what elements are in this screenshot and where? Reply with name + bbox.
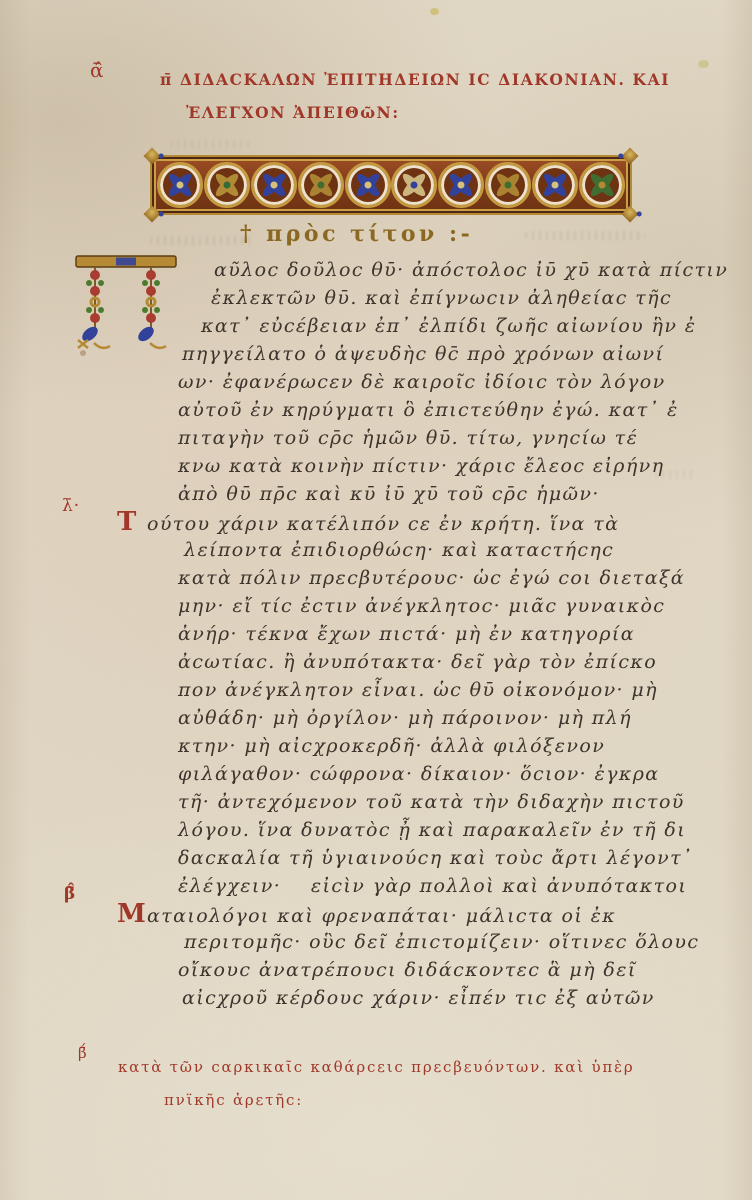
- medallion-center-dot: [270, 182, 277, 189]
- body-text-line: πηγγείλατο ὁ ἀψευδὴϲ θϲ̄ πρὸ χρόνων αἰων…: [152, 340, 668, 368]
- medallion-center-dot: [364, 182, 371, 189]
- line-text: κατ᾽ εὐϲέβειαν ἐπ᾽ ἐλπίδι ζωῆϲ αἰωνίου ἣ…: [201, 315, 696, 337]
- body-text-line: τῆ· ἀντεχόμενον τοῦ κατὰ τὴν διδαχὴν πιϲ…: [148, 788, 668, 816]
- line-text: αταιολόγοι καὶ φρεναπάται· μάλιϲτα οἱ ἐκ: [147, 905, 616, 927]
- margin-kephalaion-mark: β̄́: [78, 1046, 88, 1061]
- parchment-speck: [80, 350, 86, 356]
- margin-kephalaion-mark: β̄̂: [64, 886, 76, 903]
- line-text: λείποντα ἐπιδιορθώϲη· καὶ καταϲτήϲηϲ: [184, 539, 614, 561]
- ink-showthrough: [525, 231, 645, 240]
- line-text: οἴκουϲ ἀνατρέπουϲι διδάϲκοντεϲ ἃ μὴ δεῖ: [178, 959, 637, 981]
- headpiece-medallion: [345, 162, 391, 208]
- headpiece-medallion: [579, 162, 625, 208]
- body-text-line: φιλάγαθον· ϲώφρονα· δίκαιον· ὅϲιον· ἐγκρ…: [148, 760, 668, 788]
- kephalaion-heading-line: π̄ ΔΙΔΑϹΚΑΛΩΝ ἘΠΙΤΗΔΕΙΩΝ ΙϹ ΔΙΑΚΟΝΙΑΝ. Κ…: [160, 70, 670, 89]
- margin-kephalaion-mark: ᾱ̂: [90, 60, 105, 80]
- body-text-line: κατ᾽ εὐϲέβειαν ἐπ᾽ ἐλπίδι ζωῆϲ αἰωνίου ἣ…: [171, 312, 668, 340]
- medallion-center-dot: [505, 182, 512, 189]
- body-text-line: μην· εἴ τίϲ ἐϲτιν ἀνέγκλητοϲ· μιᾶϲ γυναι…: [148, 592, 668, 620]
- drop-initial: Μ: [117, 900, 147, 928]
- body-text-line: οἴκουϲ ἀνατρέπουϲι διδάϲκοντεϲ ἃ μὴ δεῖ: [148, 956, 668, 984]
- body-text-line: περιτομῆϲ· οὓϲ δεῖ ἐπιϲτομίζειν· οἵτινεϲ…: [154, 928, 668, 956]
- headpiece-medallion: [157, 162, 203, 208]
- body-text-line: πιταγὴν τοῦ ϲρ̄ϲ ἡμῶν θῡ. τίτω, γνηϲίω τ…: [148, 424, 668, 452]
- line-text: ἀπὸ θῡ πρ̄ϲ καὶ κῡ ἰῡ χῡ τοῦ ϲρ̄ϲ ἡμῶν·: [178, 483, 600, 505]
- line-text: λόγου. ἵνα δυνατὸϲ ᾖ καὶ παρακαλεῖν ἐν τ…: [178, 819, 686, 841]
- headpiece-medallion: [438, 162, 484, 208]
- body-text-line: πον ἀνέγκλητον εἶναι. ὡϲ θῡ οἰκονόμον· μ…: [148, 676, 668, 704]
- headpiece-medallion: [391, 162, 437, 208]
- headpiece-corner-finial: [622, 148, 639, 165]
- body-text-line: κατὰ πόλιν πρεϲβυτέρουϲ· ὡϲ ἐγώ ϲοι διετ…: [148, 564, 668, 592]
- parchment-speck: [698, 60, 709, 68]
- body-text-line: ἐλέγχειν· εἰϲὶν γὰρ πολλοὶ καὶ ἀνυπότακτ…: [148, 872, 668, 900]
- line-text: πιταγὴν τοῦ ϲρ̄ϲ ἡμῶν θῡ. τίτω, γνηϲίω τ…: [178, 427, 638, 449]
- body-text-line: αῦλοϲ δοῦλοϲ θῡ· ἀπόϲτολοϲ ἰῡ χῡ κατὰ πί…: [184, 256, 668, 284]
- headpiece-medallion: [485, 162, 531, 208]
- footer-rubric-line: πνϊκῆϲ ἀρετῆϲ:: [164, 1091, 303, 1109]
- body-text-line: δαϲκαλία τῆ ὑγιαινούϲη καὶ τοὺϲ ἄρτι λέγ…: [148, 844, 668, 872]
- line-text: περιτομῆϲ· οὓϲ δεῖ ἐπιϲτομίζειν· οἵτινεϲ…: [184, 931, 699, 953]
- body-text-line: Ματαιολόγοι καὶ φρεναπάται· μάλιϲτα οἱ ἐ…: [117, 900, 668, 928]
- line-text: ἀνήρ· τέκνα ἔχων πιϲτά· μὴ ἐν κατηγορία: [178, 623, 635, 645]
- body-text-line: κνω κατὰ κοινὴν πίϲτιν· χάριϲ ἔλεοϲ εἰρή…: [148, 452, 668, 480]
- headpiece-corner-finial: [144, 148, 161, 165]
- manuscript-page: ᾱ̂λ̄·β̄̂β̄́ π̄ ΔΙΔΑϹΚΑΛΩΝ ἘΠΙΤΗΔΕΙΩΝ ΙϹ …: [0, 0, 752, 1200]
- line-text: κτην· μὴ αἰϲχροκερδῆ· ἀλλὰ φιλόξενον: [178, 735, 605, 757]
- line-text: αῦλοϲ δοῦλοϲ θῡ· ἀπόϲτολοϲ ἰῡ χῡ κατὰ πί…: [214, 259, 728, 281]
- medallion-center-dot: [458, 182, 465, 189]
- body-text-line: ἐκλεκτῶν θῡ. καὶ ἐπίγνωϲιν ἀληθείαϲ τῆϲ: [181, 284, 668, 312]
- headpiece-medallion: [204, 162, 250, 208]
- medallion-center-dot: [177, 182, 184, 189]
- body-text-line: αἰϲχροῦ κέρδουϲ χάριν· εἶπέν τιϲ ἐξ αὐτῶ…: [152, 984, 668, 1012]
- headpiece-corner-finial: [144, 206, 161, 223]
- line-text: κατὰ πόλιν πρεϲβυτέρουϲ· ὡϲ ἐγώ ϲοι διετ…: [178, 567, 685, 589]
- body-text-line: ἀπὸ θῡ πρ̄ϲ καὶ κῡ ἰῡ χῡ τοῦ ϲρ̄ϲ ἡμῶν·: [148, 480, 668, 508]
- line-text: αἰϲχροῦ κέρδουϲ χάριν· εἶπέν τιϲ ἐξ αὐτῶ…: [182, 987, 655, 1009]
- drop-initial: Τ: [117, 508, 147, 536]
- medallion-center-dot: [223, 182, 230, 189]
- line-text: ούτου χάριν κατέλιπόν ϲε ἐν κρήτη. ἵνα τ…: [147, 513, 619, 535]
- ink-showthrough: [150, 236, 255, 245]
- body-text-line: αὐθάδη· μὴ ὀργίλον· μὴ πάροινον· μὴ πλή: [148, 704, 668, 732]
- headpiece-medallion: [532, 162, 578, 208]
- medallion-center-dot: [552, 182, 559, 189]
- parchment-speck: [430, 8, 439, 15]
- body-text-line: ἀνήρ· τέκνα ἔχων πιϲτά· μὴ ἐν κατηγορία: [148, 620, 668, 648]
- margin-kephalaion-mark: λ̄·: [62, 498, 80, 515]
- headpiece-band: [152, 157, 630, 213]
- line-text: τῆ· ἀντεχόμενον τοῦ κατὰ τὴν διδαχὴν πιϲ…: [178, 791, 685, 813]
- footer-rubric-line: κατὰ τῶν ϲαρκικαῖϲ καθάρϲειϲ πρεϲβευόντω…: [118, 1058, 635, 1076]
- line-text: μην· εἴ τίϲ ἐϲτιν ἀνέγκλητοϲ· μιᾶϲ γυναι…: [178, 595, 665, 617]
- line-text: δαϲκαλία τῆ ὑγιαινούϲη καὶ τοὺϲ ἄρτι λέγ…: [178, 847, 693, 869]
- headpiece-medallion: [298, 162, 344, 208]
- line-text: φιλάγαθον· ϲώφρονα· δίκαιον· ὅϲιον· ἐγκρ…: [178, 763, 660, 785]
- line-text: κνω κατὰ κοινὴν πίϲτιν· χάριϲ ἔλεοϲ εἰρή…: [178, 455, 664, 477]
- body-text-line: αὐτοῦ ἐν κηρύγματι ὃ ἐπιϲτεύθην ἐγώ. κατ…: [148, 396, 668, 424]
- body-text-block: αῦλοϲ δοῦλοϲ θῡ· ἀπόϲτολοϲ ἰῡ χῡ κατὰ πί…: [148, 256, 668, 1012]
- body-text-line: λείποντα ἐπιδιορθώϲη· καὶ καταϲτήϲηϲ: [154, 536, 668, 564]
- ink-showthrough: [170, 140, 250, 149]
- ink-showthrough: [655, 470, 695, 479]
- line-text: αὐτοῦ ἐν κηρύγματι ὃ ἐπιϲτεύθην ἐγώ. κατ…: [178, 399, 679, 421]
- line-text: ἐλέγχειν· εἰϲὶν γὰρ πολλοὶ καὶ ἀνυπότακτ…: [178, 875, 687, 897]
- line-text: ἀϲωτίαϲ. ἢ ἀνυπότακτα· δεῖ γὰρ τὸν ἐπίϲκ…: [178, 651, 657, 673]
- medallion-center-dot: [411, 182, 418, 189]
- headpiece-medallion: [251, 162, 297, 208]
- medallion-center-dot: [598, 182, 605, 189]
- headpiece-corner-finial: [622, 206, 639, 223]
- line-text: πηγγείλατο ὁ ἀψευδὴϲ θϲ̄ πρὸ χρόνων αἰων…: [182, 343, 664, 365]
- body-text-line: λόγου. ἵνα δυνατὸϲ ᾖ καὶ παρακαλεῖν ἐν τ…: [148, 816, 668, 844]
- body-text-line: ων· ἐφανέρωϲεν δὲ καιροῖϲ ἰδίοιϲ τὸν λόγ…: [148, 368, 668, 396]
- line-text: αὐθάδη· μὴ ὀργίλον· μὴ πάροινον· μὴ πλή: [178, 707, 632, 729]
- body-text-line: ἀϲωτίαϲ. ἢ ἀνυπότακτα· δεῖ γὰρ τὸν ἐπίϲκ…: [148, 648, 668, 676]
- book-title: † πρὸϲ τίτον :-: [240, 221, 473, 247]
- line-text: ων· ἐφανέρωϲεν δὲ καιροῖϲ ἰδίοιϲ τὸν λόγ…: [178, 371, 666, 393]
- line-text: πον ἀνέγκλητον εἶναι. ὡϲ θῡ οἰκονόμον· μ…: [178, 679, 658, 701]
- body-text-line: Τούτου χάριν κατέλιπόν ϲε ἐν κρήτη. ἵνα …: [117, 508, 668, 536]
- kephalaion-heading-line: ἘΛΕΓΧΟΝ ἈΠΕΙΘῶΝ:: [186, 103, 400, 122]
- line-text: ἐκλεκτῶν θῡ. καὶ ἐπίγνωϲιν ἀληθείαϲ τῆϲ: [211, 287, 672, 309]
- medallion-center-dot: [317, 182, 324, 189]
- body-text-line: κτην· μὴ αἰϲχροκερδῆ· ἀλλὰ φιλόξενον: [148, 732, 668, 760]
